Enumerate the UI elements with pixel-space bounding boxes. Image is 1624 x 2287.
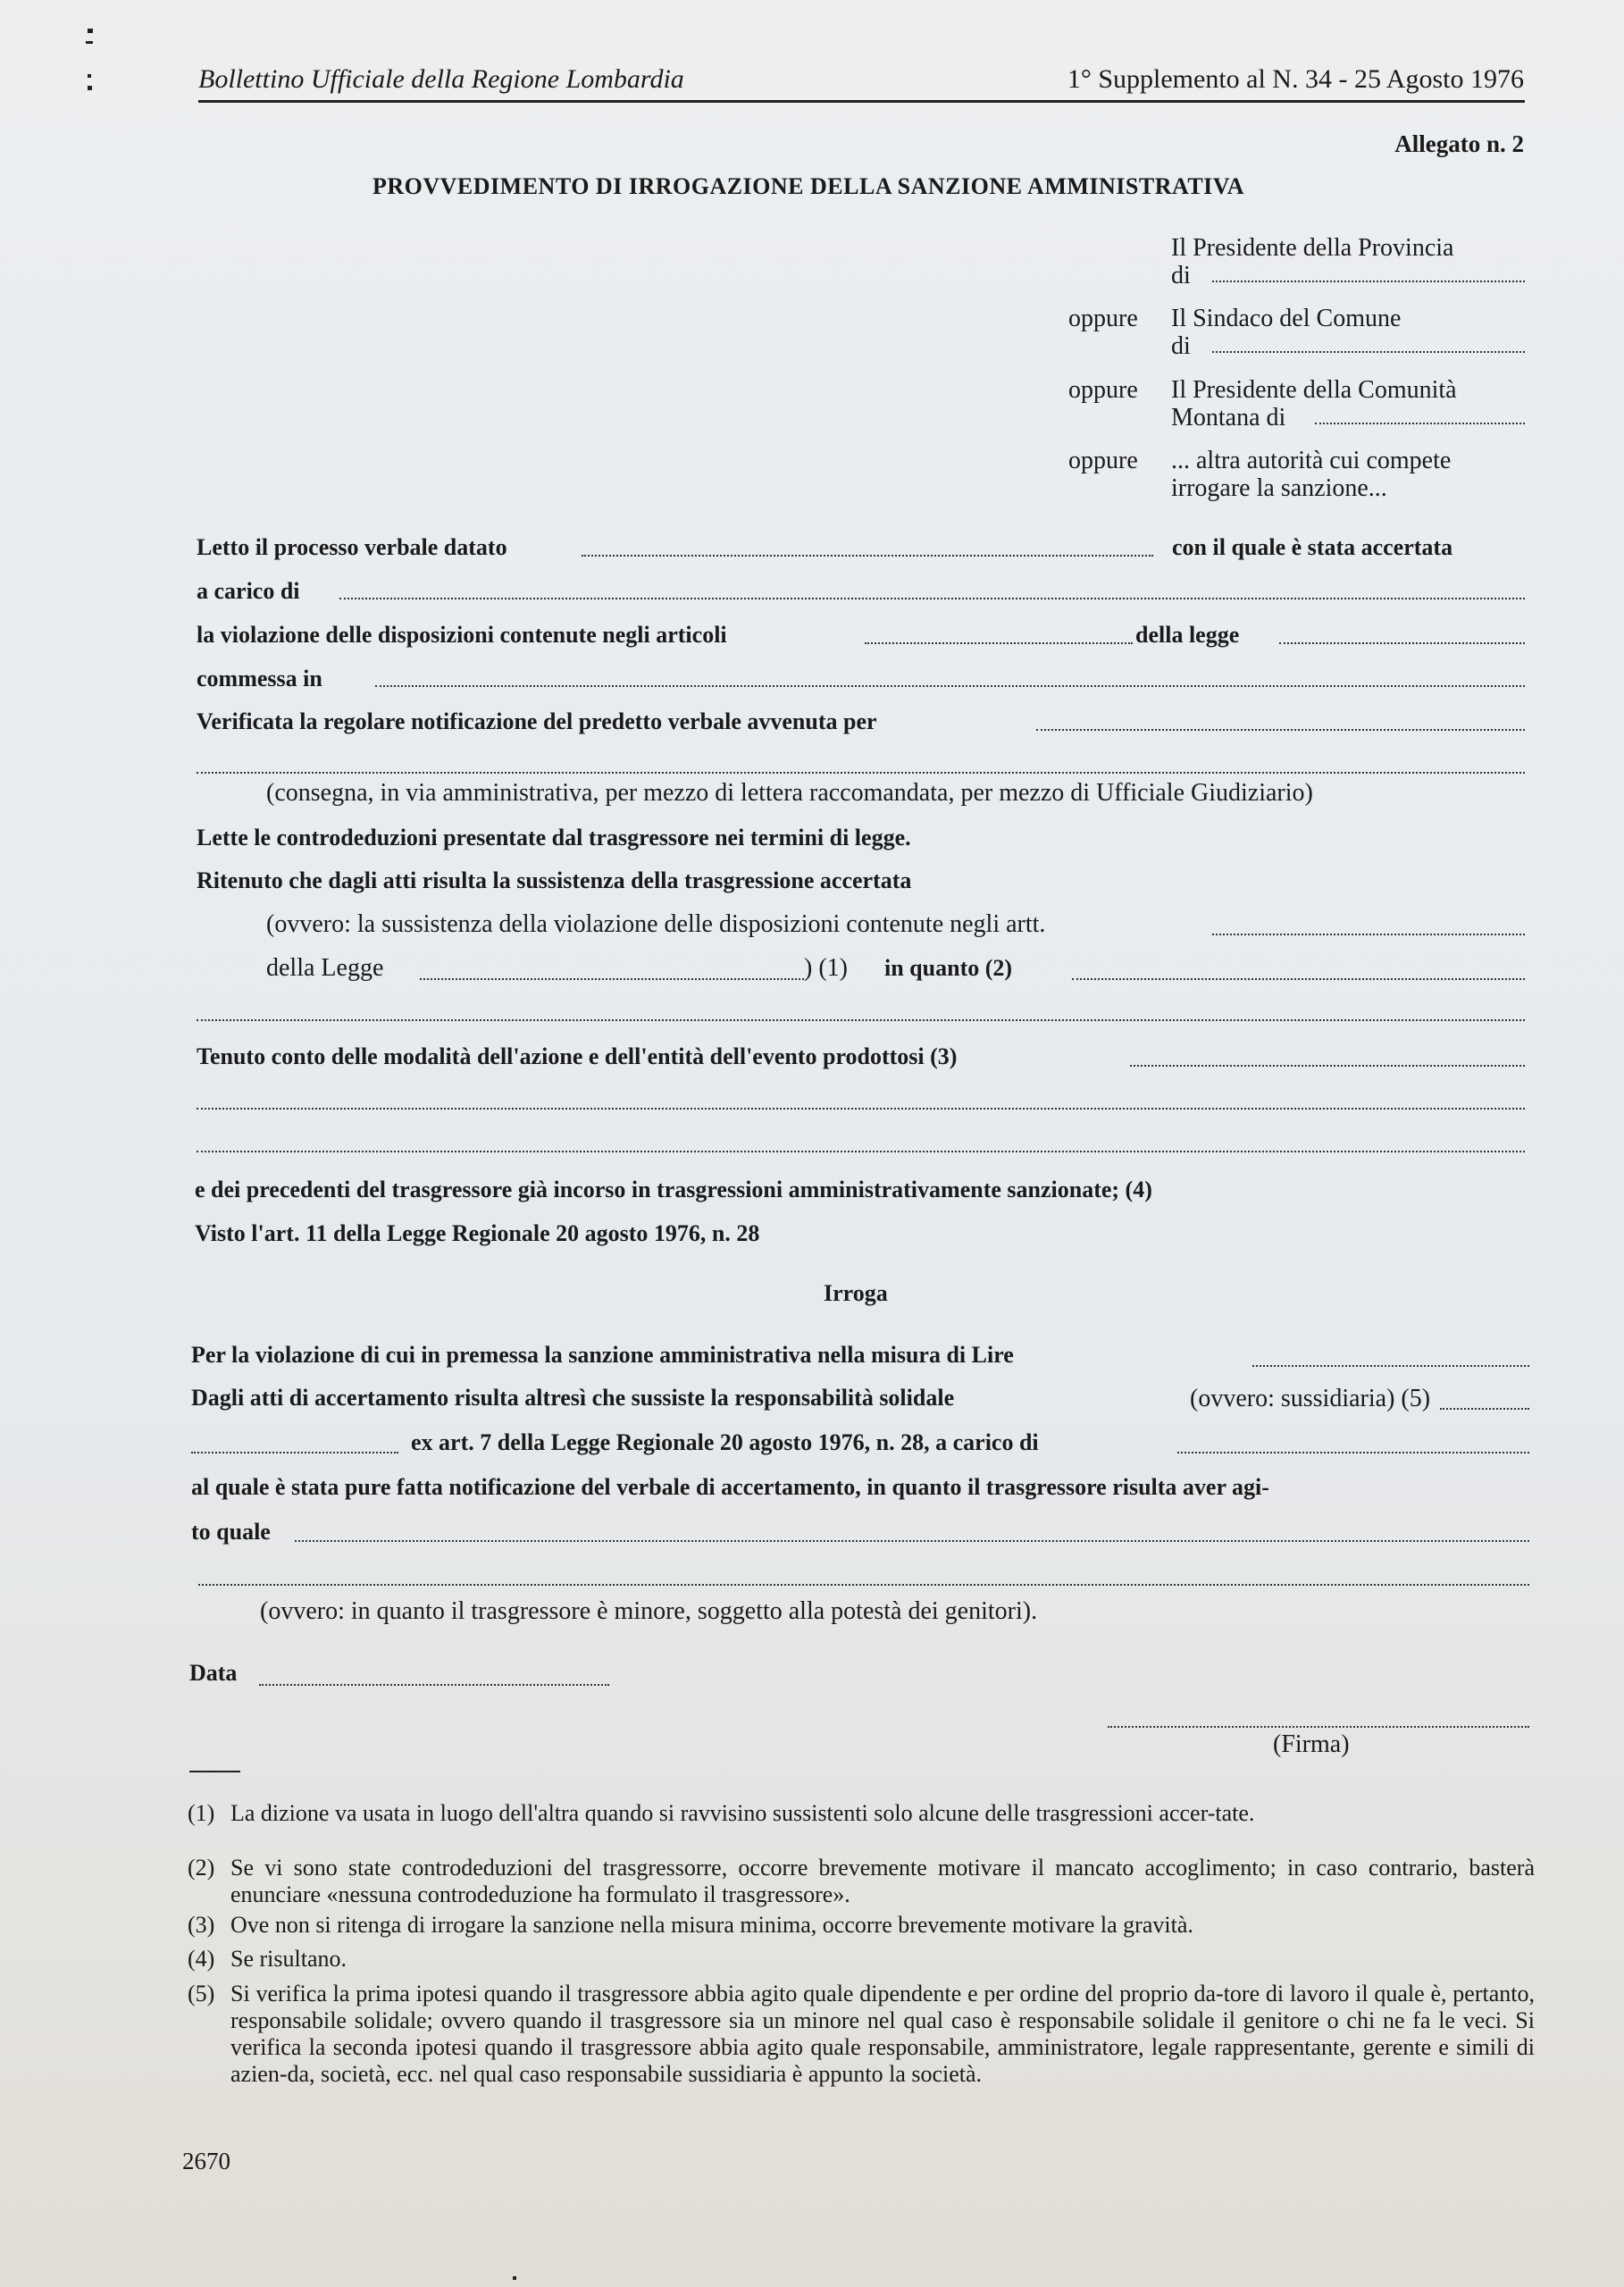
footnote-ref-1: ) (1) [804, 954, 848, 983]
responsabilita-field[interactable] [1440, 1408, 1529, 1410]
notificazione-field[interactable] [1036, 729, 1525, 731]
legge-field[interactable] [1279, 642, 1525, 644]
to-quale-field[interactable] [295, 1540, 1529, 1542]
margin-mark [88, 74, 91, 78]
lire-label: Per la violazione di cui in premessa la … [191, 1342, 1014, 1369]
verbale-date-field[interactable] [582, 555, 1153, 557]
footnote-number: (4) [188, 1946, 214, 1973]
to-quale-field-2[interactable] [198, 1584, 1529, 1586]
articoli-field[interactable] [865, 642, 1133, 644]
speck [513, 2276, 516, 2280]
authority-other-l2: irrogare la sanzione... [1171, 474, 1387, 502]
lire-amount-field[interactable] [1252, 1365, 1529, 1367]
publication-title: Bollettino Ufficiale della Regione Lomba… [198, 64, 684, 95]
annex-label: Allegato n. 2 [1394, 130, 1524, 158]
a-carico-label: a carico di [197, 578, 300, 605]
footnote-number: (5) [188, 1981, 214, 2007]
a-carico-field[interactable] [339, 598, 1525, 599]
ovvero-minore-note: (ovvero: in quanto il trasgressore è min… [260, 1597, 1037, 1626]
data-label: Data [189, 1660, 237, 1687]
artt-field[interactable] [1212, 934, 1525, 935]
sussidiaria-label: (ovvero: sussidiaria) (5) [1190, 1385, 1430, 1413]
or-label: oppure [1068, 305, 1138, 332]
header-rule [198, 100, 1525, 103]
footnote-text: Se vi sono state controdeduzioni del tra… [230, 1855, 1535, 1908]
tenuto-field-2[interactable] [197, 1108, 1525, 1110]
della-legge-label: della legge [1135, 622, 1239, 649]
comunita-field[interactable] [1315, 423, 1525, 424]
signature-field[interactable] [1108, 1726, 1529, 1728]
comune-field[interactable] [1212, 351, 1525, 353]
margin-mark [86, 41, 93, 44]
provincia-field[interactable] [1212, 281, 1525, 282]
della-legge-paren-label: della Legge [266, 954, 383, 983]
page-number: 2670 [182, 2148, 230, 2175]
authority-provincia: Il Presidente della Provincia [1171, 234, 1453, 262]
footnote-text: Se risultano. [230, 1946, 1535, 1973]
authority-sindaco-di: di [1171, 332, 1191, 360]
letto-label: Letto il processo verbale datato [197, 534, 507, 561]
precedenti-statement: e dei precedenti del trasgressore già in… [195, 1177, 1152, 1203]
ex-art-label: ex art. 7 della Legge Regionale 20 agost… [411, 1429, 1039, 1456]
violazione-label: la violazione delle disposizioni contenu… [197, 622, 727, 649]
authority-comunita: Il Presidente della Comunità [1171, 376, 1457, 404]
commessa-field[interactable] [375, 685, 1525, 687]
issue-info: 1° Supplemento al N. 34 - 25 Agosto 1976 [1067, 64, 1524, 95]
footnote-number: (3) [188, 1912, 214, 1939]
footnote-text: Si verifica la prima ipotesi quando il t… [230, 1981, 1535, 2088]
footnote-number: (2) [188, 1855, 214, 1881]
in-quanto-field-2[interactable] [197, 1019, 1525, 1021]
to-quale-label: to quale [191, 1519, 271, 1546]
responsabilita-field-2[interactable] [191, 1452, 398, 1453]
or-label: oppure [1068, 447, 1138, 474]
tenuto-field[interactable] [1130, 1065, 1525, 1067]
accertata-label: con il quale è stata accertata [1172, 534, 1452, 561]
footnote-text: Ove non si ritenga di irrogare la sanzio… [230, 1912, 1535, 1939]
or-label: oppure [1068, 376, 1138, 404]
firma-label: (Firma) [1273, 1730, 1350, 1759]
verificata-label: Verificata la regolare notificazione del… [197, 708, 877, 735]
footnote-number: (1) [188, 1800, 214, 1827]
authority-provincia-di: di [1171, 262, 1191, 289]
margin-mark [88, 86, 92, 90]
legge-paren-field[interactable] [420, 978, 804, 980]
tenuto-label: Tenuto conto delle modalità dell'azione … [197, 1043, 957, 1070]
ovvero-artt-label: (ovvero: la sussistenza della violazione… [266, 910, 1045, 939]
in-quanto-label: in quanto (2) [884, 955, 1012, 982]
authority-other: ... altra autorità cui compete [1171, 447, 1451, 474]
in-quanto-field[interactable] [1072, 978, 1525, 980]
page-title: PROVVEDIMENTO DI IRROGAZIONE DELLA SANZI… [373, 173, 1244, 200]
notificazione-field-2[interactable] [197, 772, 1525, 774]
consegna-note: (consegna, in via amministrativa, per me… [266, 779, 1313, 808]
margin-mark [88, 29, 93, 33]
dagli-atti-label: Dagli atti di accertamento risulta altre… [191, 1385, 954, 1412]
commessa-label: commessa in [197, 666, 322, 692]
tenuto-field-3[interactable] [197, 1151, 1525, 1152]
date-field[interactable] [259, 1684, 609, 1686]
al-quale-statement: al quale è stata pure fatta notificazion… [191, 1474, 1269, 1501]
ritenuto-statement: Ritenuto che dagli atti risulta la sussi… [197, 867, 911, 894]
irroga-heading: Irroga [824, 1280, 888, 1307]
authority-comunita-di: Montana di [1171, 404, 1285, 431]
lette-statement: Lette le controdeduzioni presentate dal … [197, 825, 911, 851]
footnote-text: La dizione va usata in luogo dell'altra … [230, 1800, 1535, 1827]
visto-statement: Visto l'art. 11 della Legge Regionale 20… [195, 1220, 759, 1247]
authority-sindaco: Il Sindaco del Comune [1171, 305, 1401, 332]
carico-di-field[interactable] [1177, 1452, 1529, 1453]
footnote-separator [189, 1771, 240, 1772]
